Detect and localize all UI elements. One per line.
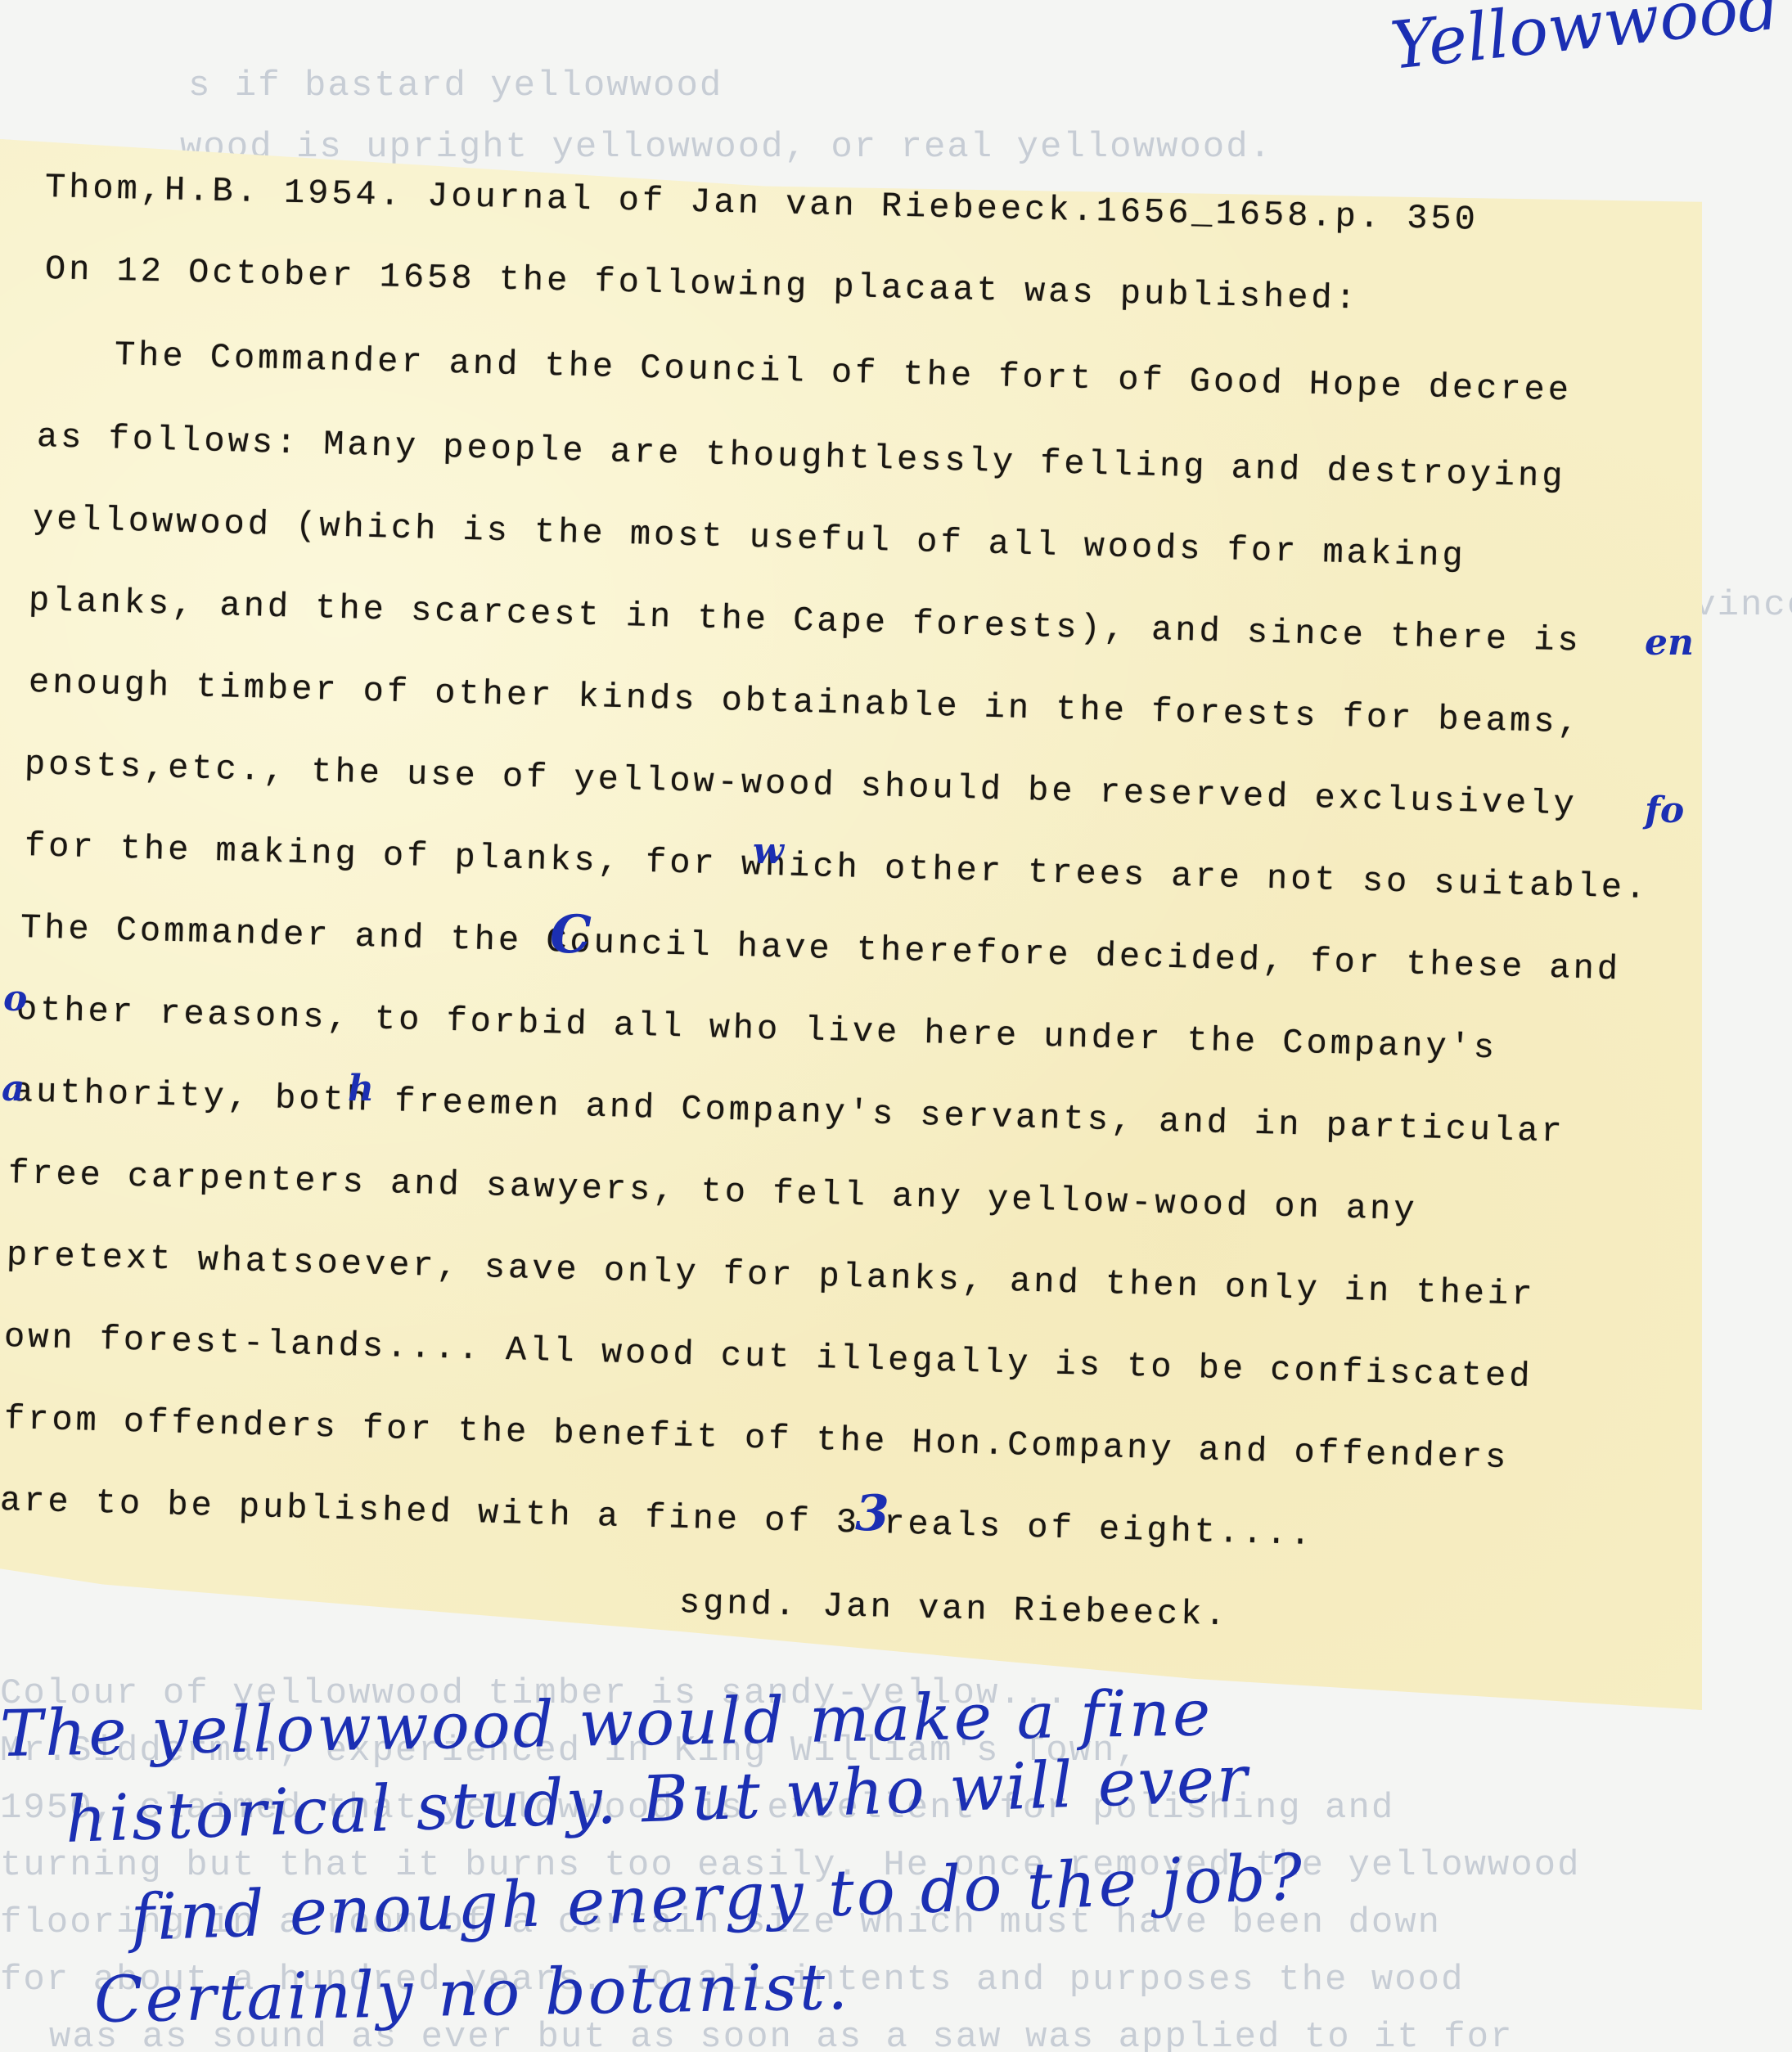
ink-correction: h <box>348 1068 374 1109</box>
ink-correction: a <box>2 1068 25 1109</box>
note-line: Certainly no botanist. <box>93 1951 850 2037</box>
ink-correction: w <box>753 830 784 872</box>
ink-correction: en <box>1645 622 1694 664</box>
ink-correction: C <box>550 904 592 965</box>
ink-correction: fo <box>1645 790 1684 831</box>
handwritten-signature: Yellowwood <box>1387 0 1783 84</box>
ink-correction: 3 <box>855 1485 889 1542</box>
ink-correction: o <box>3 978 27 1019</box>
ghost-line: s if bastard yellowwood <box>188 65 723 106</box>
